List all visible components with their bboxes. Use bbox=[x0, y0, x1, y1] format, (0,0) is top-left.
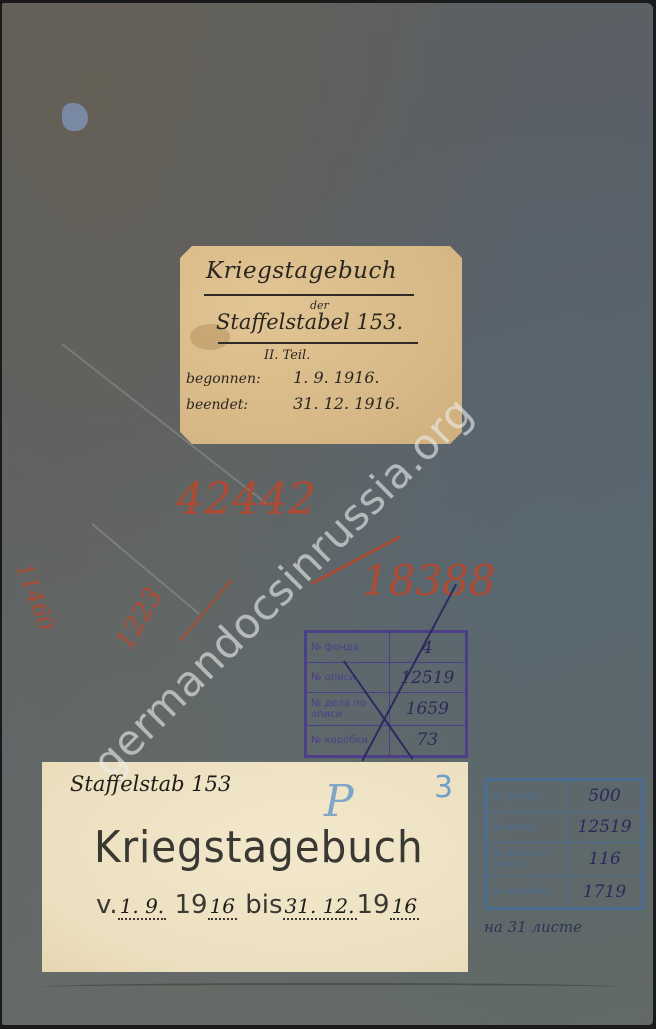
stamp-label: № фонда bbox=[307, 633, 390, 663]
blue-pencil-mark: P bbox=[324, 776, 354, 827]
begun-row: begonnen: 1. 9. 1916. bbox=[186, 368, 380, 387]
ended-label: beendet: bbox=[186, 397, 288, 413]
stamp-label: № коробки bbox=[488, 876, 568, 907]
label-title: Kriegstagebuch bbox=[206, 258, 397, 284]
to-year: 16 bbox=[390, 894, 419, 920]
from-day-month: 1. 9. bbox=[118, 894, 167, 920]
stamp-value: 1659 bbox=[389, 693, 465, 726]
date-range: v.1. 9. 1916 bis31. 12.1916 bbox=[96, 890, 419, 920]
underline bbox=[218, 342, 418, 344]
sheet-count-note: на 31 листе bbox=[484, 918, 582, 936]
label-unit: Staffelstabel 153. bbox=[216, 310, 403, 334]
from-prefix: v. bbox=[96, 890, 118, 920]
year-prefix: 19 bbox=[174, 890, 207, 920]
stamp-label: № описи bbox=[488, 812, 568, 843]
underline bbox=[204, 294, 414, 296]
year-prefix: 19 bbox=[357, 890, 390, 920]
red-number-second: 18388 bbox=[362, 556, 496, 605]
ended-row: beendet: 31. 12. 1916. bbox=[186, 394, 400, 413]
begun-label: begonnen: bbox=[186, 371, 288, 387]
stamp-value: 116 bbox=[568, 843, 642, 877]
archive-stamp-current: № фонда500 № описи12519 № дела по описи1… bbox=[485, 778, 644, 910]
stamp-value: 1719 bbox=[568, 876, 642, 907]
red-number-main: 42442 bbox=[176, 474, 316, 525]
stamp-value: 12519 bbox=[568, 812, 642, 843]
from-year: 16 bbox=[208, 894, 237, 920]
stamp-label: № фонда bbox=[488, 781, 568, 812]
stamp-label: № дела по описи bbox=[488, 843, 568, 877]
unit-handwritten: Staffelstab 153 bbox=[70, 772, 231, 796]
bis-word: bis bbox=[245, 890, 282, 920]
label-part: II. Teil. bbox=[264, 348, 310, 363]
printed-title: Kriegstagebuch bbox=[94, 822, 424, 873]
archive-stamp-old: № фонда4 № описи12519 № дела по описи165… bbox=[304, 630, 468, 758]
bottom-label: Staffelstab 153 P 3 Kriegstagebuch v.1. … bbox=[42, 762, 468, 972]
water-stain-line bbox=[42, 983, 622, 991]
stamp-value: 500 bbox=[568, 781, 642, 812]
paint-spot bbox=[62, 103, 88, 131]
begun-date: 1. 9. 1916. bbox=[293, 368, 380, 387]
to-day-month: 31. 12. bbox=[283, 894, 357, 920]
ended-date: 31. 12. 1916. bbox=[293, 394, 400, 413]
blue-pencil-number: 3 bbox=[434, 770, 453, 805]
